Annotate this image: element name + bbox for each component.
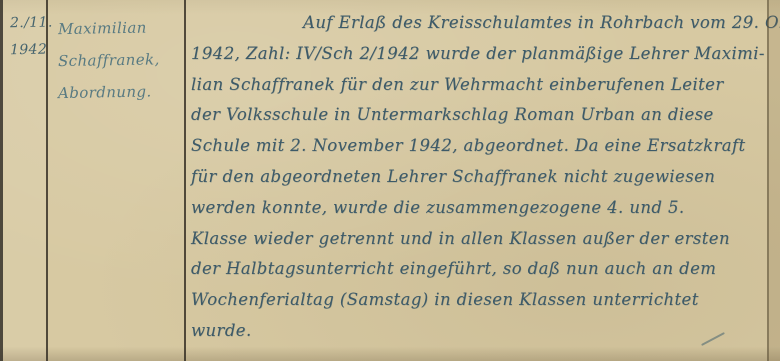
handwritten-line: Schule mit 2. November 1942, abgeordnet.… [191, 131, 761, 162]
handwritten-line: der Halbtagsunterricht eingeführt, so da… [191, 254, 761, 285]
page-right-margin-edge [767, 0, 780, 361]
handwritten-line: Klasse wieder getrennt und in allen Klas… [191, 224, 761, 255]
chronicle-register-page: 2./11. 1942 Maximilian Schaffranek, Abor… [0, 0, 780, 361]
handwritten-line: werden konnte, wurde die zusammengezogen… [191, 193, 761, 224]
handwritten-line: für den abgeordneten Lehrer Schaffranek … [191, 162, 761, 193]
handwritten-line: der Volksschule in Untermarkschlag Roman… [191, 100, 761, 131]
entry-date-year: 1942 [3, 37, 46, 65]
subject-first-name: Maximilian [58, 11, 185, 45]
handwritten-line: wurde. [191, 316, 761, 347]
handwritten-line: lian Schaffranek für den zur Wehrmacht e… [191, 70, 761, 101]
subject-last-name: Schaffranek, [58, 43, 185, 77]
entry-text-column: Auf Erlaß des Kreisschulamtes in Rohrbac… [186, 0, 767, 361]
entry-date-day-month: 2./11. [3, 10, 46, 38]
handwritten-line: 1942, Zahl: IV/Sch 2/1942 wurde der plan… [191, 39, 761, 70]
date-column: 2./11. 1942 [3, 0, 48, 361]
handwritten-line: Auf Erlaß des Kreisschulamtes in Rohrbac… [191, 8, 761, 39]
subject-keyword: Abordnung. [58, 75, 185, 109]
subject-column: Maximilian Schaffranek, Abordnung. [48, 0, 186, 361]
handwritten-line: Wochenferialtag (Samstag) in diesen Klas… [191, 285, 761, 316]
